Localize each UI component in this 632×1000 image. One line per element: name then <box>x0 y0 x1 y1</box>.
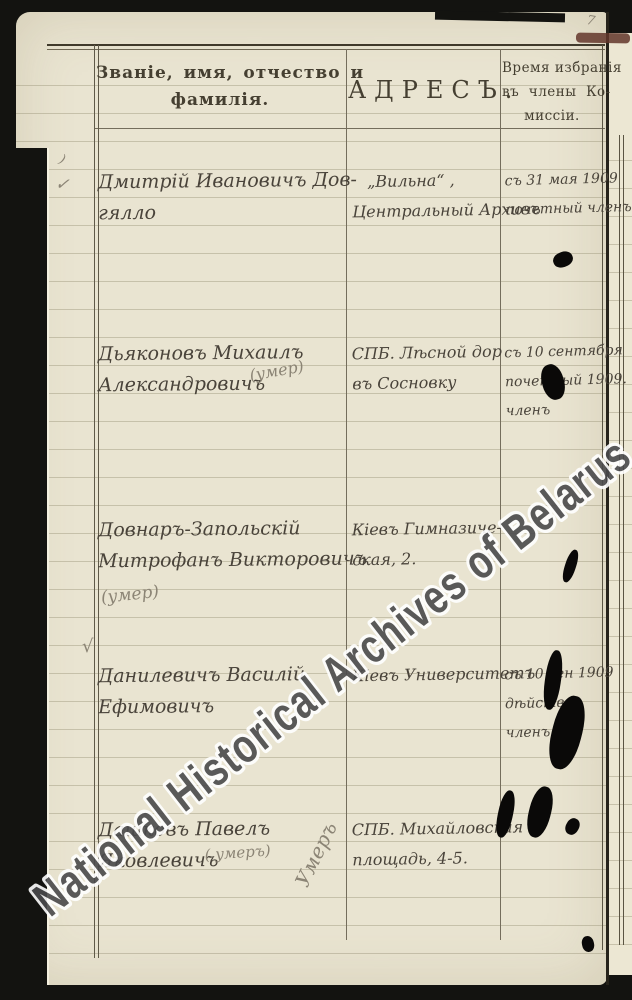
table-left-border-inner <box>98 45 99 958</box>
page-edge-line <box>606 12 609 985</box>
column-separator-name-address <box>346 49 347 940</box>
header-line: фамилія. <box>96 87 344 114</box>
brown-stain <box>576 33 630 44</box>
column-header-elected: Время избраніявъ члены Ко-миссіи. <box>502 56 602 128</box>
table-top-border <box>47 44 605 46</box>
next-page-table-border-inner <box>623 135 624 945</box>
next-page-table-border <box>619 135 620 945</box>
header-bottom-border <box>94 128 605 129</box>
table-top-border-inner <box>47 49 605 50</box>
table-right-border <box>602 45 603 950</box>
header-line: Званіе, имя, отчество и <box>96 60 344 87</box>
header-line: миссіи. <box>502 104 602 128</box>
next-page-edge <box>609 33 632 975</box>
header-line: Время избранія <box>502 56 602 80</box>
paper-ruling <box>16 58 607 957</box>
paper-ruling <box>609 133 632 947</box>
table-left-border <box>94 45 95 958</box>
document-page <box>16 12 607 985</box>
column-separator-address-elected <box>500 49 501 940</box>
column-header-address: АДРЕСЪ. <box>348 76 500 104</box>
header-line: въ члены Ко- <box>502 80 602 104</box>
left-page-tear <box>16 148 49 985</box>
column-header-name: Званіе, имя, отчество ифамилія. <box>96 60 344 114</box>
